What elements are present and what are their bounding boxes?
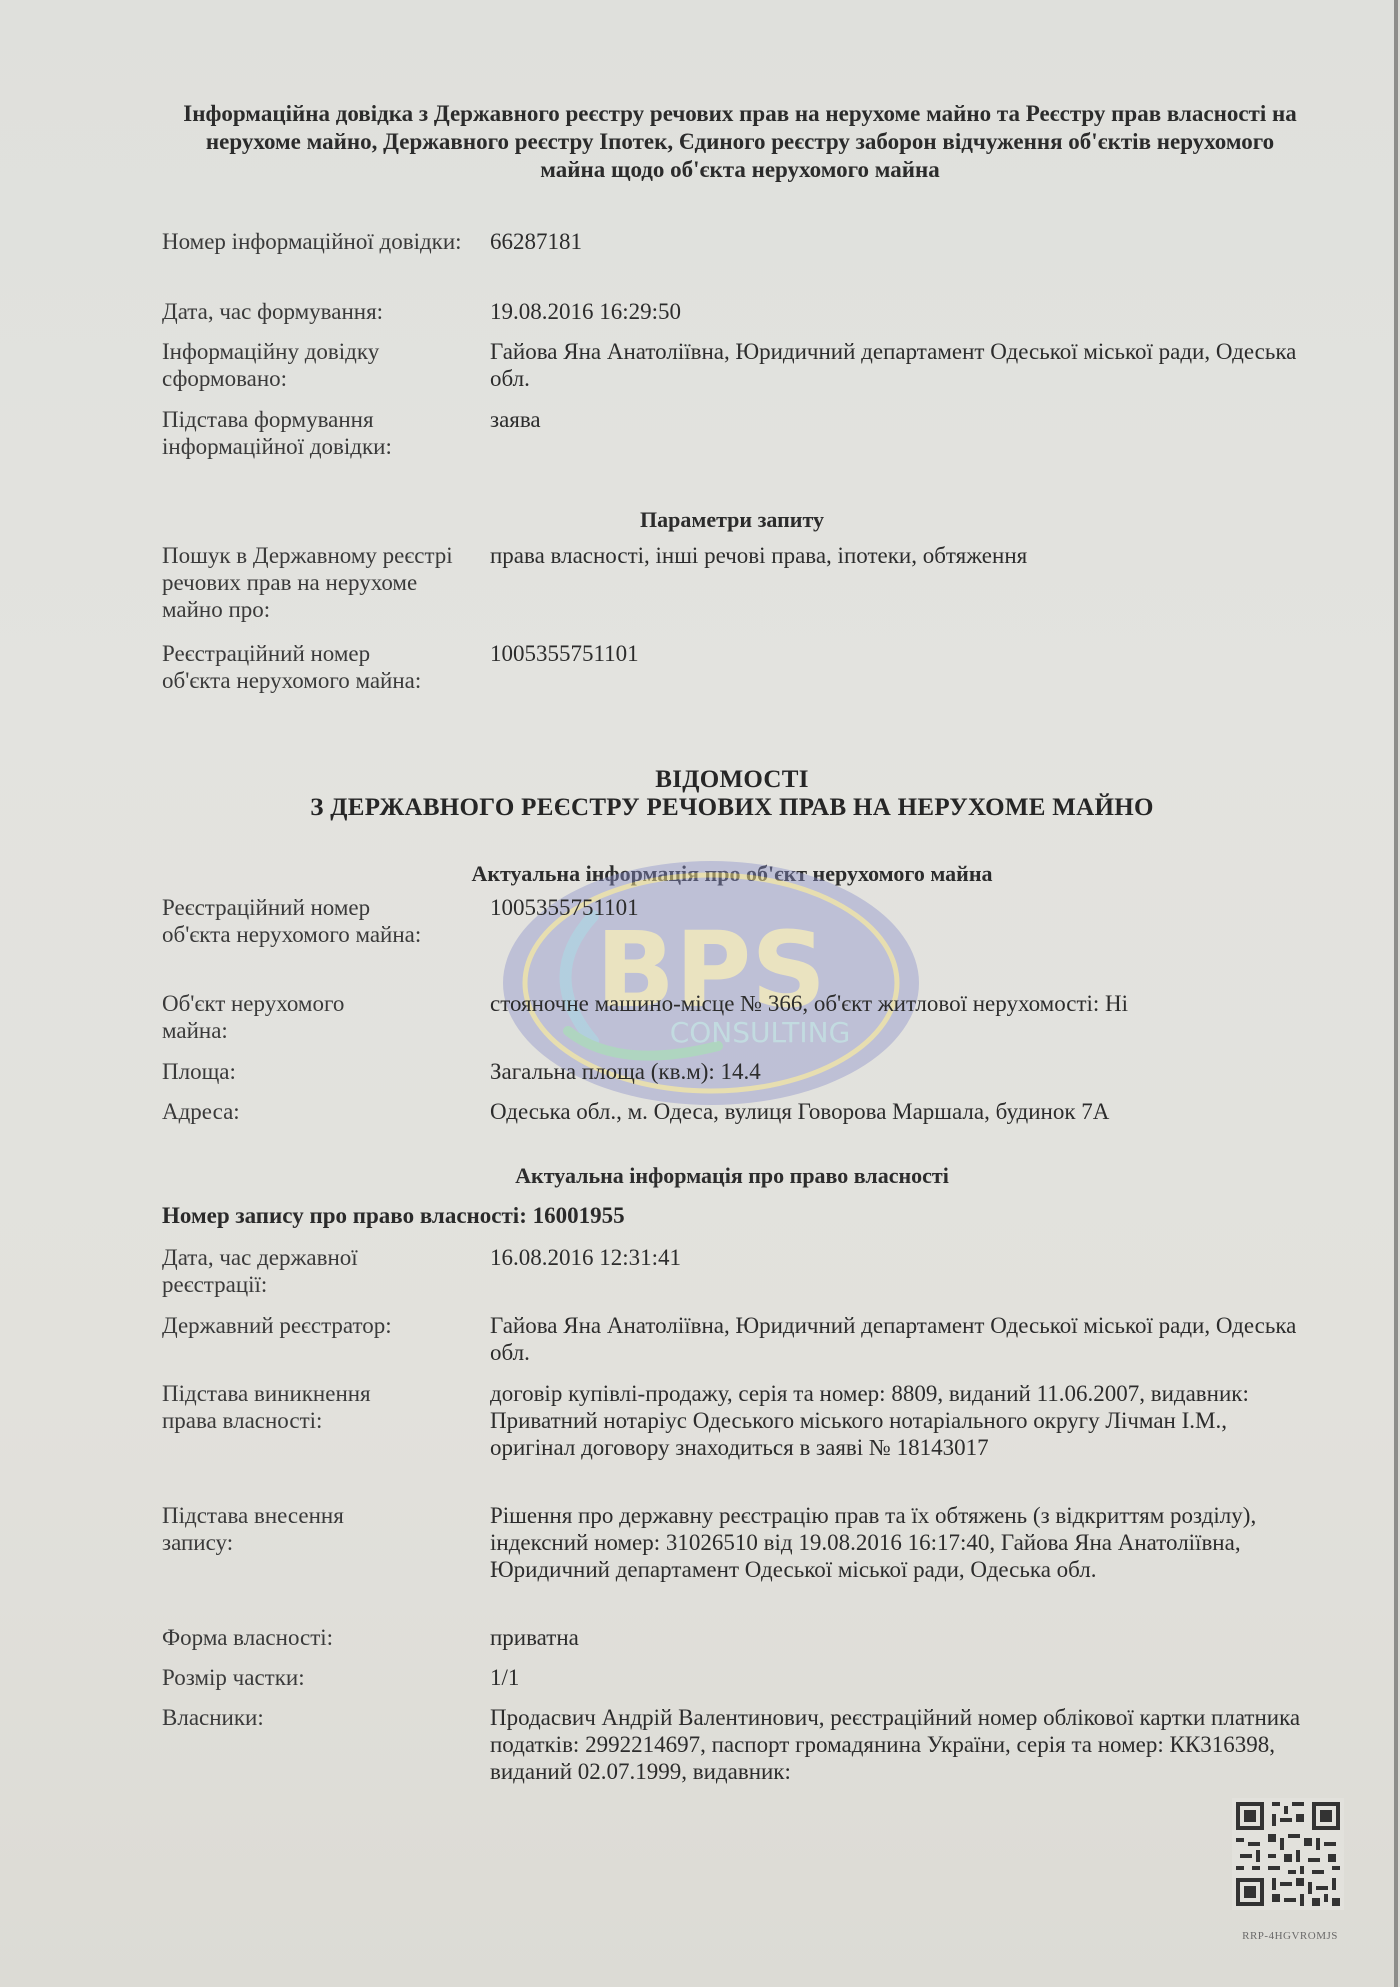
field-ownership-basis: Підстава виникнення права власності: дог… — [162, 1380, 1302, 1461]
field-label: Адреса: — [162, 1098, 490, 1125]
field-label: Дата, час формування: — [162, 298, 490, 325]
document-page: Інформаційна довідка з Державного реєстр… — [0, 0, 1398, 1987]
field-object-registration-number: Реєстраційний номер об'єкта нерухомого м… — [162, 894, 1302, 948]
field-generated-by: Інформаційну довідку сформовано: Гайова … — [162, 338, 1302, 392]
field-value: приватна — [490, 1624, 1302, 1651]
field-label: Номер інформаційної довідки: — [162, 228, 470, 255]
field-value: Загальна площа (кв.м): 14.4 — [490, 1058, 1302, 1085]
field-area: Площа: Загальна площа (кв.м): 14.4 — [162, 1058, 1302, 1085]
registry-heading-line2: З ДЕРЖАВНОГО РЕЄСТРУ РЕЧОВИХ ПРАВ НА НЕР… — [162, 794, 1302, 822]
field-label: Підстава формування інформаційної довідк… — [162, 406, 490, 460]
ownership-record-number: Номер запису про право власності: 160019… — [162, 1202, 625, 1230]
field-record-basis: Підстава внесення запису: Рішення про де… — [162, 1502, 1302, 1583]
field-value: стояночне машино-місце № 366, об'єкт жит… — [490, 990, 1302, 1044]
field-value: 1/1 — [490, 1664, 1302, 1691]
field-object-type: Об'єкт нерухомого майна: стояночне машин… — [162, 990, 1302, 1044]
field-value: 1005355751101 — [490, 894, 1302, 948]
registry-heading-line1: ВІДОМОСТІ — [162, 766, 1302, 794]
field-value: договір купівлі-продажу, серія та номер:… — [490, 1380, 1302, 1461]
field-label: Пошук в Державному реєстрі речових прав … — [162, 542, 490, 623]
ownership-info-title: Актуальна інформація про право власності — [162, 1162, 1302, 1190]
field-label: Власники: — [162, 1704, 490, 1785]
field-value: 19.08.2016 16:29:50 — [490, 298, 1302, 325]
field-value: Гайова Яна Анатоліївна, Юридичний департ… — [490, 338, 1302, 392]
field-search-scope: Пошук в Державному реєстрі речових прав … — [162, 542, 1302, 623]
field-query-registration-number: Реєстраційний номер об'єкта нерухомого м… — [162, 640, 1302, 694]
field-generation-basis: Підстава формування інформаційної довідк… — [162, 406, 1302, 460]
field-label: Форма власності: — [162, 1624, 490, 1651]
field-generated-datetime: Дата, час формування: 19.08.2016 16:29:5… — [162, 298, 1302, 325]
field-label: Реєстраційний номер об'єкта нерухомого м… — [162, 894, 490, 948]
field-share-size: Розмір частки: 1/1 — [162, 1664, 1302, 1691]
field-reference-number: Номер інформаційної довідки: 66287181 — [162, 228, 1302, 255]
field-value: Рішення про державну реєстрацію прав та … — [490, 1502, 1302, 1583]
field-label: Розмір частки: — [162, 1664, 490, 1691]
field-registration-datetime: Дата, час державної реєстрації: 16.08.20… — [162, 1244, 1302, 1298]
field-label: Підстава внесення запису: — [162, 1502, 490, 1583]
field-value: 16.08.2016 12:31:41 — [490, 1244, 1302, 1298]
field-value: Одеська обл., м. Одеса, вулиця Говорова … — [490, 1098, 1302, 1125]
field-value: Гайова Яна Анатоліївна, Юридичний департ… — [490, 1312, 1302, 1366]
document-title: Інформаційна довідка з Державного реєстр… — [180, 100, 1300, 184]
field-label: Інформаційну довідку сформовано: — [162, 338, 490, 392]
field-label: Об'єкт нерухомого майна: — [162, 990, 490, 1044]
field-state-registrar: Державний реєстратор: Гайова Яна Анатолі… — [162, 1312, 1302, 1366]
field-label: Площа: — [162, 1058, 490, 1085]
field-label: Дата, час державної реєстрації: — [162, 1244, 490, 1298]
field-value: заява — [490, 406, 1302, 460]
field-ownership-form: Форма власності: приватна — [162, 1624, 1302, 1651]
query-params-title: Параметри запиту — [162, 506, 1302, 534]
qr-code — [1232, 1798, 1344, 1910]
qr-code-caption: RRP-4HGVROMJS — [1228, 1930, 1352, 1942]
field-value: 66287181 — [470, 228, 1302, 255]
field-owners: Власники: Продасвич Андрій Валентинович,… — [162, 1704, 1302, 1785]
field-label: Реєстраційний номер об'єкта нерухомого м… — [162, 640, 490, 694]
field-address: Адреса: Одеська обл., м. Одеса, вулиця Г… — [162, 1098, 1302, 1125]
object-info-title: Актуальна інформація про об'єкт нерухомо… — [162, 860, 1302, 888]
field-value: права власності, інші речові права, іпот… — [490, 542, 1302, 623]
field-label: Державний реєстратор: — [162, 1312, 490, 1366]
field-value: Продасвич Андрій Валентинович, реєстраці… — [490, 1704, 1302, 1785]
field-label: Підстава виникнення права власності: — [162, 1380, 490, 1461]
field-value: 1005355751101 — [490, 640, 1302, 694]
